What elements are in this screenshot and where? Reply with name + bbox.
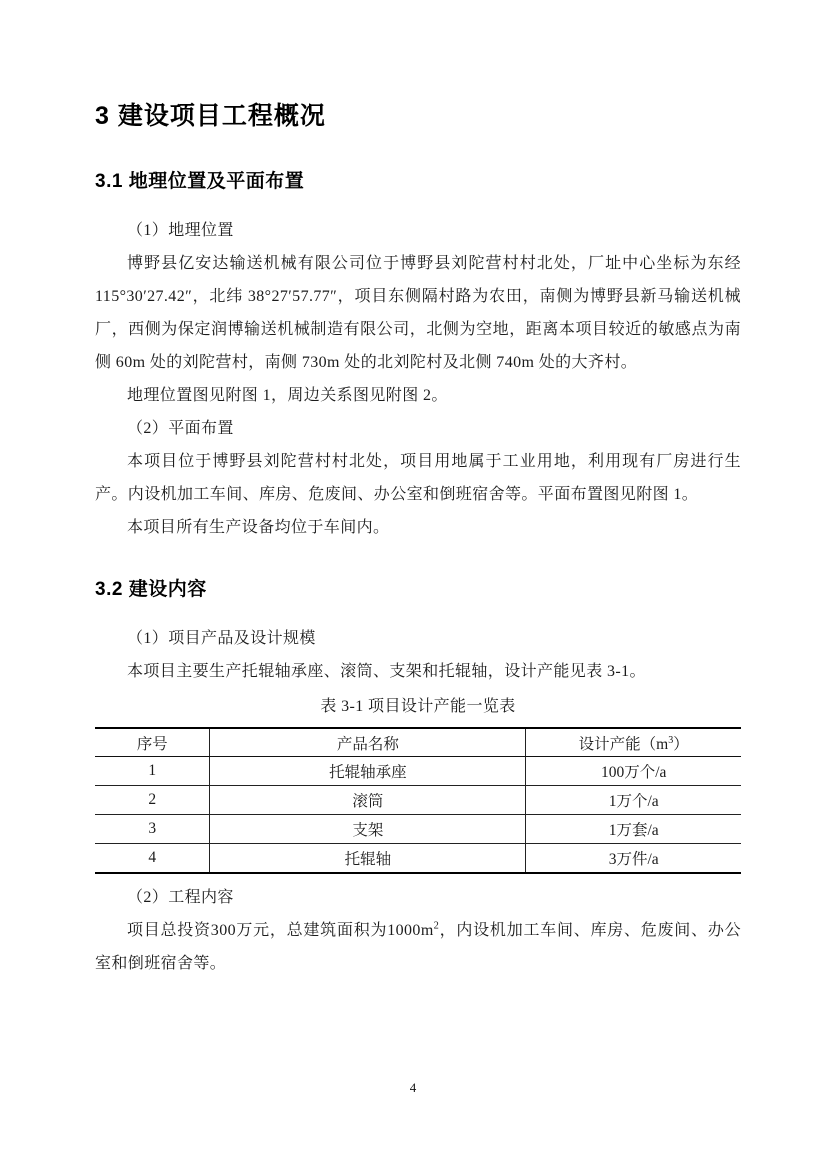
section-heading-3-2: 3.2 建设内容 xyxy=(95,578,741,602)
section-3-1-body: （1）地理位置 博野县亿安达输送机械有限公司位于博野县刘陀营村村北处，厂址中心坐… xyxy=(95,214,741,544)
table-header-product-name: 产品名称 xyxy=(210,728,526,757)
cell-capacity: 3万件/a xyxy=(526,844,741,873)
capacity-header-close: ） xyxy=(673,736,689,753)
cell-no: 2 xyxy=(95,786,210,815)
cell-no: 3 xyxy=(95,815,210,844)
cell-product-name: 滚筒 xyxy=(210,786,526,815)
paragraph-investment: 项目总投资300万元，总建筑面积为1000m2，内设机加工车间、库房、危废间、办… xyxy=(95,914,741,980)
item-label-engineering-content: （2）工程内容 xyxy=(95,881,741,914)
paragraph-products-intro: 本项目主要生产托辊轴承座、滚筒、支架和托辊轴，设计产能见表 3-1。 xyxy=(95,655,741,688)
cell-product-name: 托辊轴承座 xyxy=(210,757,526,786)
document-page: 3 建设项目工程概况 3.1 地理位置及平面布置 （1）地理位置 博野县亿安达输… xyxy=(0,0,826,1169)
table-header-no: 序号 xyxy=(95,728,210,757)
cell-no: 1 xyxy=(95,757,210,786)
paragraph-attached-figures: 地理位置图见附图 1，周边关系图见附图 2。 xyxy=(95,379,741,412)
table-row: 2 滚筒 1万个/a xyxy=(95,786,741,815)
chapter-heading: 3 建设项目工程概况 xyxy=(95,101,741,132)
item-label-plane-layout: （2）平面布置 xyxy=(95,412,741,445)
capacity-header-text: 设计产能（m xyxy=(579,736,669,753)
table-row: 4 托辊轴 3万件/a xyxy=(95,844,741,873)
cell-capacity: 1万个/a xyxy=(526,786,741,815)
section-heading-3-1: 3.1 地理位置及平面布置 xyxy=(95,170,741,194)
cell-product-name: 托辊轴 xyxy=(210,844,526,873)
design-capacity-table: 序号 产品名称 设计产能（m3） 1 托辊轴承座 100万个/a 2 滚筒 1万… xyxy=(95,727,741,874)
paragraph-layout-description: 本项目位于博野县刘陀营村村北处，项目用地属于工业用地，利用现有厂房进行生产。内设… xyxy=(95,445,741,511)
cell-no: 4 xyxy=(95,844,210,873)
table-header-row: 序号 产品名称 设计产能（m3） xyxy=(95,728,741,757)
table-header-capacity: 设计产能（m3） xyxy=(526,728,741,757)
table-caption: 表 3-1 项目设计产能一览表 xyxy=(95,692,741,722)
section-3-2-body: （1）项目产品及设计规模 本项目主要生产托辊轴承座、滚筒、支架和托辊轴，设计产能… xyxy=(95,622,741,980)
paragraph-equipment-location: 本项目所有生产设备均位于车间内。 xyxy=(95,511,741,544)
cell-capacity: 1万套/a xyxy=(526,815,741,844)
page-content: 3 建设项目工程概况 3.1 地理位置及平面布置 （1）地理位置 博野县亿安达输… xyxy=(95,0,741,980)
item-label-geographic-location: （1）地理位置 xyxy=(95,214,741,247)
page-number: 4 xyxy=(0,1080,826,1096)
cell-capacity: 100万个/a xyxy=(526,757,741,786)
table-row: 1 托辊轴承座 100万个/a xyxy=(95,757,741,786)
cell-product-name: 支架 xyxy=(210,815,526,844)
item-label-products-scale: （1）项目产品及设计规模 xyxy=(95,622,741,655)
table-row: 3 支架 1万套/a xyxy=(95,815,741,844)
paragraph-location-description: 博野县亿安达输送机械有限公司位于博野县刘陀营村村北处，厂址中心坐标为东经 115… xyxy=(95,247,741,379)
investment-text: 项目总投资300万元，总建筑面积为1000m xyxy=(127,922,434,939)
